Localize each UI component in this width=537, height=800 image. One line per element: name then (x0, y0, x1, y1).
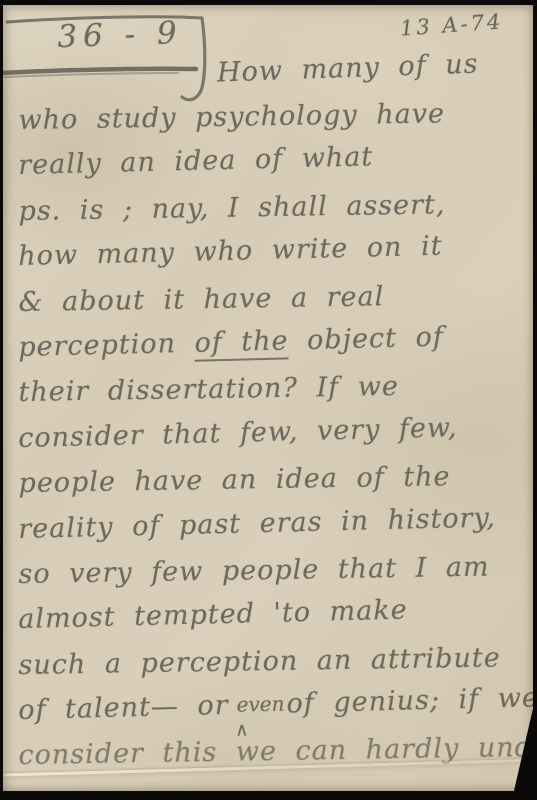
scan-background: { "scan": { "page_number_boxed": "36 - 9… (0, 0, 537, 800)
handwritten-line: consider this we can hardly under (18, 732, 533, 785)
caret-insertion: even∧ (229, 713, 287, 714)
page-number: 36 - 9 (44, 14, 195, 55)
manuscript-lines: who study psychology havereally an idea … (19, 105, 533, 786)
catalog-number: 13 A-74 (399, 9, 504, 40)
manuscript-page: 36 - 9 13 A-74 How many of us who study … (3, 5, 533, 791)
underlined-phrase: of the (194, 325, 289, 361)
inserted-word: even (236, 692, 284, 717)
handwritten-opening-line: How many of us (217, 48, 479, 88)
